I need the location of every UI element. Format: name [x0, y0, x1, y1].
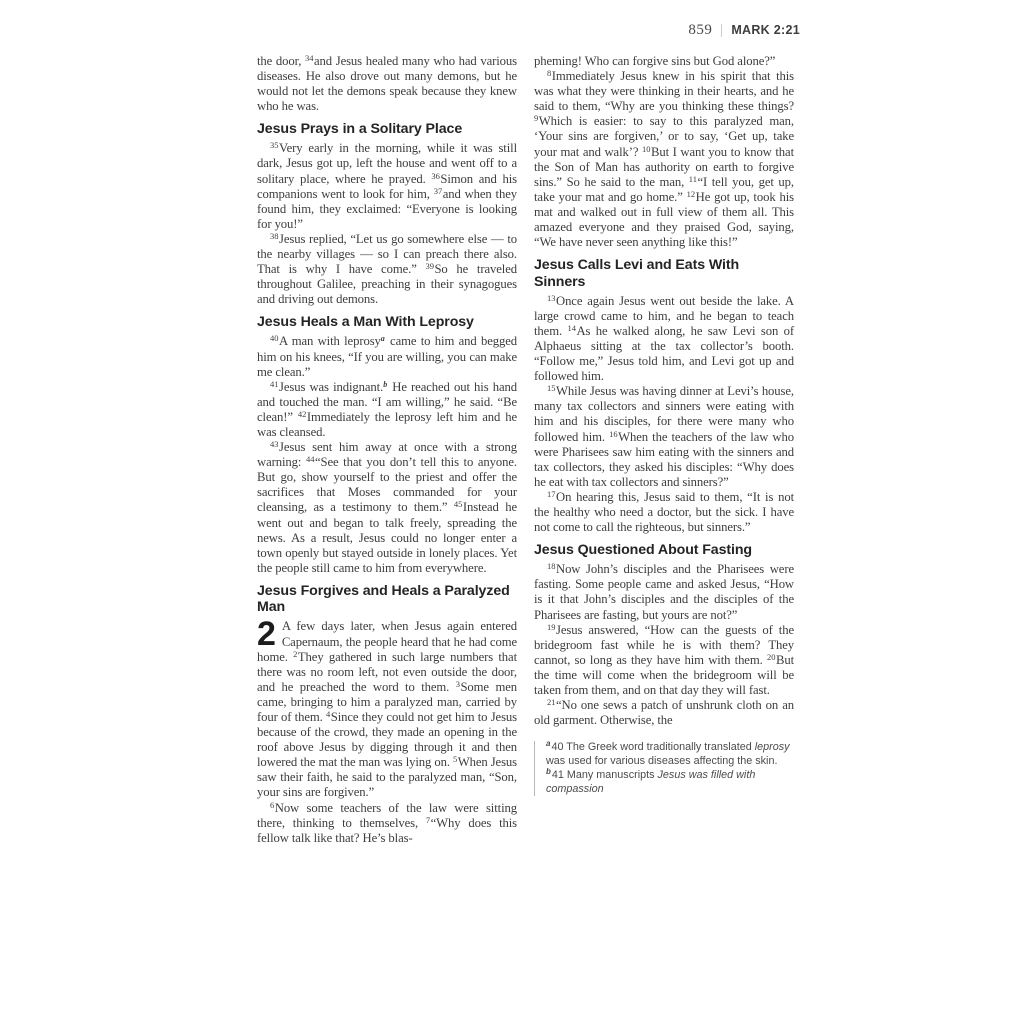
verse-number: 9 [534, 113, 539, 123]
paragraph: 41Jesus was indignant.b He reached out h… [257, 380, 517, 440]
verse-number: 42 [298, 409, 307, 419]
paragraph: the door, 34and Jesus healed many who ha… [257, 54, 517, 114]
verse-number: 14 [567, 323, 576, 333]
verse-number: 41 [270, 379, 279, 389]
paragraph: 18Now John’s disciples and the Pharisees… [534, 562, 794, 622]
section-heading: Jesus Calls Levi and Eats With Sinners [534, 257, 794, 290]
verse-number: 37 [434, 186, 443, 196]
verse-number: 16 [609, 429, 618, 439]
verse-number: 7 [426, 815, 431, 825]
verse-number: 17 [547, 489, 556, 499]
verse-number: 36 [431, 171, 440, 181]
column-left: the door, 34and Jesus healed many who ha… [257, 54, 517, 846]
footnote-marker: a [381, 334, 386, 343]
footnotes-block: a40 The Greek word traditionally transla… [534, 741, 794, 796]
text-columns: the door, 34and Jesus healed many who ha… [257, 54, 795, 846]
verse-number: 20 [767, 652, 776, 662]
verse-number: 44 [306, 454, 315, 464]
verse-number: 3 [456, 679, 461, 689]
italic-text: leprosy [755, 741, 790, 753]
header-divider [721, 24, 722, 37]
verse-number: 10 [642, 144, 651, 154]
paragraph: 38Jesus replied, “Let us go somewhere el… [257, 232, 517, 307]
chapter-paragraph: 2A few days later, when Jesus again ente… [257, 619, 517, 800]
paragraph: 17On hearing this, Jesus said to them, “… [534, 490, 794, 535]
footnote-marker: b [383, 380, 388, 389]
paragraph: 15While Jesus was having dinner at Levi’… [534, 384, 794, 490]
verse-number: 18 [547, 561, 556, 571]
chapter-number-dropcap: 2 [257, 619, 282, 648]
book-chapter-reference: MARK 2:21 [731, 23, 800, 37]
verse-number: 6 [270, 800, 275, 810]
verse-number: 8 [547, 68, 552, 78]
paragraph: 40A man with leprosya came to him and be… [257, 334, 517, 379]
verse-number: 19 [547, 622, 556, 632]
paragraph: pheming! Who can forgive sins but God al… [534, 54, 794, 69]
verse-number: 15 [547, 383, 556, 393]
verse-number: 2 [293, 649, 298, 659]
paragraph: 13Once again Jesus went out beside the l… [534, 294, 794, 385]
italic-text: Jesus was filled with compassion [546, 769, 755, 795]
section-heading: Jesus Heals a Man With Leprosy [257, 314, 517, 331]
verse-number: 39 [425, 261, 434, 271]
section-heading: Jesus Forgives and Heals a Paralyzed Man [257, 583, 517, 616]
verse-number: 12 [687, 189, 696, 199]
paragraph: 19Jesus answered, “How can the guests of… [534, 623, 794, 698]
verse-number: 38 [270, 231, 279, 241]
bible-page: 859 MARK 2:21 the door, 34and Jesus heal… [0, 0, 1024, 1024]
verse-number: 4 [326, 709, 331, 719]
verse-number: 34 [305, 53, 314, 63]
verse-number: 45 [454, 499, 463, 509]
paragraph: 8Immediately Jesus knew in his spirit th… [534, 69, 794, 250]
footnote-marker: b [546, 767, 552, 776]
section-heading: Jesus Prays in a Solitary Place [257, 121, 517, 138]
verse-number: 43 [270, 439, 279, 449]
verse-number: 40 [270, 333, 279, 343]
column-right: pheming! Who can forgive sins but God al… [534, 54, 794, 846]
verse-number: 11 [689, 174, 698, 184]
paragraph: 43Jesus sent him away at once with a str… [257, 440, 517, 576]
verse-number: 35 [270, 140, 279, 150]
paragraph: 21“No one sews a patch of unshrunk cloth… [534, 698, 794, 728]
footnote-marker: a [546, 739, 551, 748]
verse-number: 13 [547, 293, 556, 303]
verse-number: 5 [453, 754, 458, 764]
running-head: 859 MARK 2:21 [688, 22, 800, 38]
paragraph: 35Very early in the morning, while it wa… [257, 141, 517, 232]
paragraph: 6Now some teachers of the law were sitti… [257, 801, 517, 846]
section-heading: Jesus Questioned About Fasting [534, 542, 794, 559]
page-number: 859 [688, 22, 712, 39]
verse-number: 21 [547, 697, 556, 707]
